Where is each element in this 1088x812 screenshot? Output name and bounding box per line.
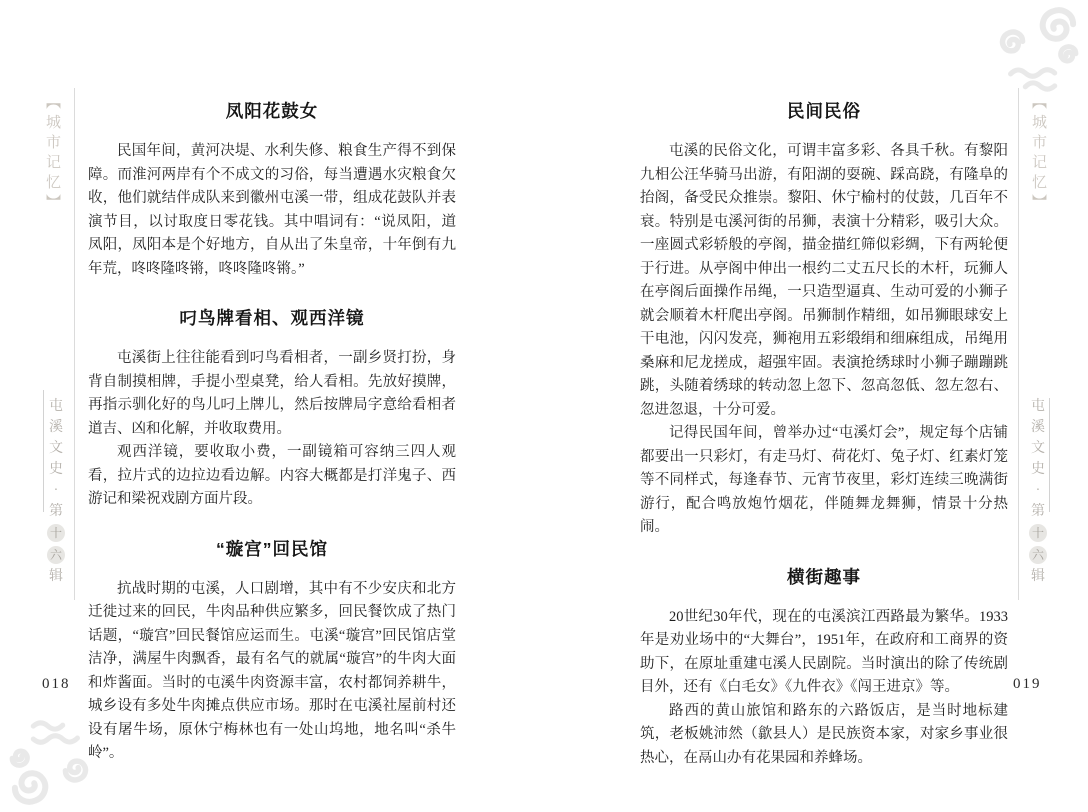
paragraph: 路西的黄山旅馆和路东的六路饭店，是当时地标建筑，老板姚沛然（歙县人）是民族资本家… [640, 700, 1008, 771]
series-char: 辑 [49, 568, 63, 585]
circled-volume-char: 六 [1029, 546, 1047, 564]
article-section: 民间民俗屯溪的民俗文化，可谓丰富多彩、各具千秋。有黎阳九相公汪华骑马出游，有阳湖… [640, 98, 1008, 540]
left-margin-series-label: 屯溪文史·第十六辑 [47, 398, 65, 585]
circled-volume-char: 六 [47, 546, 65, 564]
article-section: “璇宫”回民馆抗战时期的屯溪，人口剧增，其中有不少安庆和北方迁徙过来的回民，牛肉… [88, 536, 456, 766]
paragraph: 抗战时期的屯溪，人口剧增，其中有不少安庆和北方迁徙过来的回民，牛肉品种供应繁多，… [88, 578, 456, 766]
book-spread: 【城市记忆】 屯溪文史·第十六辑 【城市记忆】 屯溪文史·第十六辑 凤阳花鼓女民… [0, 0, 1088, 812]
series-char: · [1036, 482, 1041, 499]
left-series-rule [43, 390, 44, 512]
series-char: 第 [1031, 503, 1045, 520]
right-sidebar-rule [1018, 88, 1019, 600]
section-title: 叼鸟牌看相、观西洋镜 [88, 305, 456, 330]
article-section: 凤阳花鼓女民国年间，黄河决堤、水利失修、粮食生产得不到保障。而淮河两岸有个不成文… [88, 98, 456, 281]
series-char: · [54, 482, 59, 499]
series-char: 屯 [49, 398, 63, 415]
series-char: 溪 [49, 419, 63, 436]
cloud-decoration-top-right [984, 4, 1088, 96]
left-sidebar-rule [74, 88, 75, 600]
paragraph: 屯溪街上往往能看到叼鸟看相者，一副乡贤打扮，身背自制摸相牌，手提小型桌凳，给人看… [88, 347, 456, 441]
circled-volume-char: 十 [1029, 524, 1047, 542]
circled-volume-char: 十 [47, 524, 65, 542]
series-char: 文 [49, 440, 63, 457]
right-margin-label-city-memory: 【城市记忆】 [1028, 94, 1049, 214]
paragraph: 民国年间，黄河决堤、水利失修、粮食生产得不到保障。而淮河两岸有个不成文的习俗，每… [88, 140, 456, 281]
right-margin-series-label: 屯溪文史·第十六辑 [1029, 398, 1047, 585]
right-page-number: 019 [1013, 676, 1042, 693]
left-page-content: 凤阳花鼓女民国年间，黄河决堤、水利失修、粮食生产得不到保障。而淮河两岸有个不成文… [88, 96, 456, 766]
section-title: 民间民俗 [640, 98, 1008, 123]
series-char: 史 [49, 461, 63, 478]
series-char: 溪 [1031, 419, 1045, 436]
section-title: 横街趣事 [640, 564, 1008, 589]
article-section: 叼鸟牌看相、观西洋镜屯溪街上往往能看到叼鸟看相者，一副乡贤打扮，身背自制摸相牌，… [88, 305, 456, 512]
series-char: 辑 [1031, 568, 1045, 585]
paragraph: 记得民国年间，曾举办过“屯溪灯会”，规定每个店铺都要出一只彩灯，有走马灯、荷花灯… [640, 422, 1008, 540]
series-char: 史 [1031, 461, 1045, 478]
section-title: 凤阳花鼓女 [88, 98, 456, 123]
series-char: 屯 [1031, 398, 1045, 415]
article-section: 横街趣事20世纪30年代，现在的屯溪滨江西路最为繁华。1933年是劝业场中的“大… [640, 564, 1008, 771]
series-char: 文 [1031, 440, 1045, 457]
left-margin-label-city-memory: 【城市记忆】 [42, 94, 63, 214]
paragraph: 屯溪的民俗文化，可谓丰富多彩、各具千秋。有黎阳九相公汪华骑马出游，有阳湖的耍碗、… [640, 140, 1008, 422]
paragraph: 观西洋镜，要收取小费，一副镜箱可容纳三四人观看，拉片式的边拉边看边解。内容大概都… [88, 441, 456, 512]
left-page-number: 018 [42, 676, 71, 693]
paragraph: 20世纪30年代，现在的屯溪滨江西路最为繁华。1933年是劝业场中的“大舞台”，… [640, 606, 1008, 700]
right-series-rule [1049, 398, 1050, 512]
right-page-content: 民间民俗屯溪的民俗文化，可谓丰富多彩、各具千秋。有黎阳九相公汪华骑马出游，有阳湖… [640, 96, 1008, 770]
series-char: 第 [49, 503, 63, 520]
section-title: “璇宫”回民馆 [88, 536, 456, 561]
